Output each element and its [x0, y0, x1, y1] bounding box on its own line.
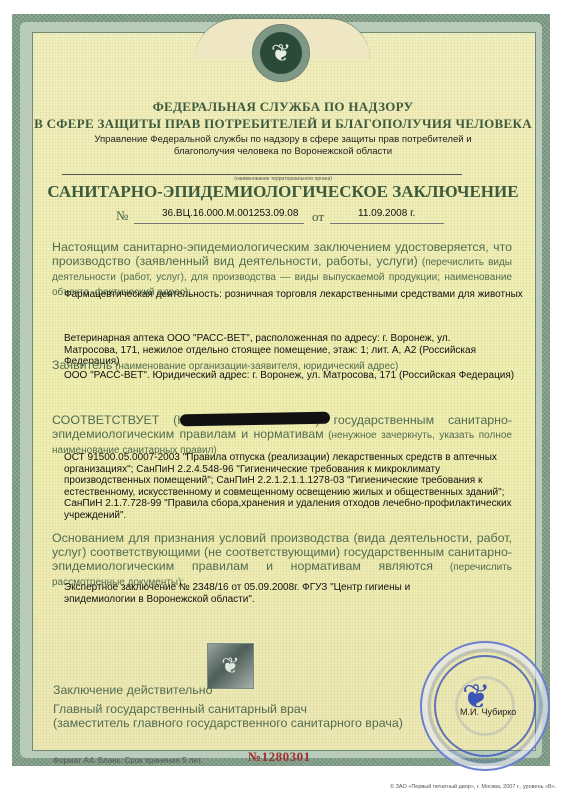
signatory-name: М.И. Чубирко — [460, 707, 516, 717]
sanitary-rules: ОСТ 91500.05.0007-2003 "Правила отпуска … — [64, 452, 514, 521]
regional-office: Управление Федеральной службы по надзору… — [90, 134, 476, 158]
blank-format-note: Формат А4. Бланк. Срок хранения 5 лет. — [53, 756, 203, 765]
validity-label: Заключение действительно — [53, 684, 212, 697]
basis-paragraph: Основанием для признания условий произво… — [52, 531, 512, 589]
deputy-chief-title: (заместитель главного государственного с… — [53, 717, 403, 730]
document-number: 36.ВЦ.16.000.М.001253.09.08 — [162, 208, 298, 219]
applicant-value: ООО "РАСС-ВЕТ". Юридический адрес: г. Во… — [64, 370, 524, 382]
printer-imprint: © ЗАО «Первый печатный двор», г. Москва,… — [390, 784, 556, 790]
hologram-eagle-icon: ❦ — [207, 643, 254, 689]
agency-name-line1: ФЕДЕРАЛЬНАЯ СЛУЖБА ПО НАДЗОРУ — [0, 99, 566, 115]
office-underline — [62, 174, 462, 175]
activity: Фармацевтическая деятельность: розничная… — [64, 289, 524, 301]
chief-doctor-title: Главный государственный санитарный врач — [53, 703, 307, 716]
number-label: № — [116, 208, 128, 224]
number-underline — [134, 223, 304, 224]
date-label: от — [312, 209, 324, 225]
date-underline — [330, 223, 444, 224]
document-title: САНИТАРНО-ЭПИДЕМИОЛОГИЧЕСКОЕ ЗАКЛЮЧЕНИЕ — [0, 182, 566, 202]
double-headed-eagle-icon: ❦ — [252, 24, 310, 82]
official-seal: ❦ — [420, 641, 550, 771]
serial-number: №1280301 — [248, 749, 311, 765]
basis-documents: Экспертное заключение № 2348/16 от 05.09… — [64, 582, 464, 605]
document-date: 11.09.2008 г. — [358, 208, 415, 219]
agency-name-line2: В СФЕРЕ ЗАЩИТЫ ПРАВ ПОТРЕБИТЕЛЕЙ И БЛАГО… — [0, 116, 566, 132]
